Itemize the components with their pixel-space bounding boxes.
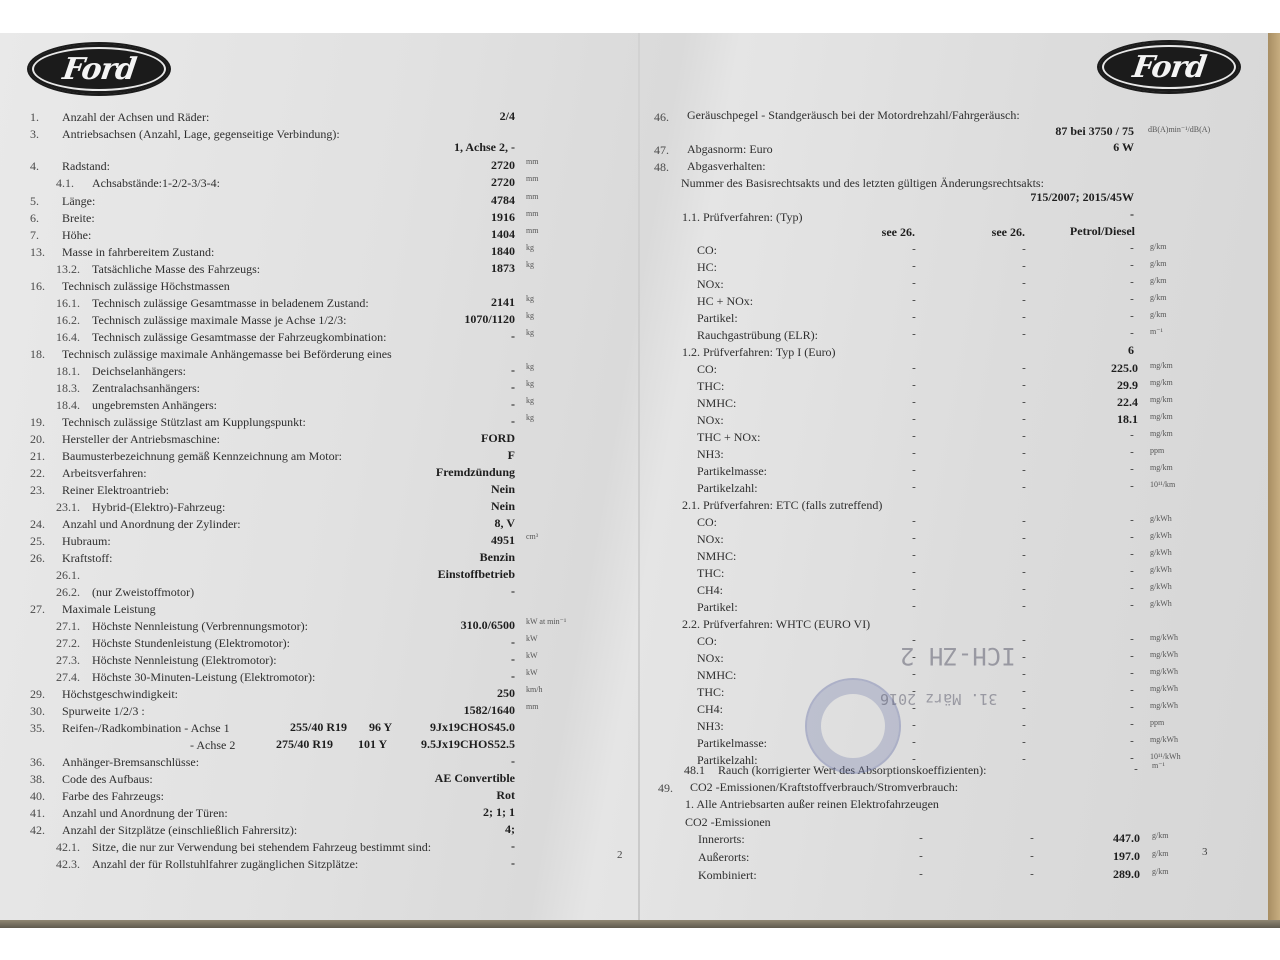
col3-value: 29.9: [1038, 378, 1138, 393]
item-label: Anzahl und Anordnung der Türen:: [62, 806, 228, 821]
emission-label: Partikelmasse:: [697, 464, 767, 479]
item-label: Breite:: [62, 211, 95, 226]
col1-value: -: [909, 532, 919, 544]
emission-label: Partikel:: [697, 311, 738, 326]
col1-value: -: [909, 294, 919, 306]
item-value: 2141: [275, 295, 515, 310]
emission-unit: g/kWh: [1150, 599, 1172, 608]
item-value: -: [275, 754, 515, 769]
emission-unit: g/kWh: [1150, 514, 1172, 523]
item-value: -: [275, 635, 515, 650]
item-label: Anzahl der Achsen und Räder:: [62, 110, 209, 125]
item-value: 2; 1; 1: [275, 805, 515, 820]
col2-value: -: [1019, 413, 1029, 425]
col1-value: -: [916, 850, 926, 862]
col2-value: -: [1027, 850, 1037, 862]
item-value: -: [275, 329, 515, 344]
item-number: 26.1.: [56, 568, 80, 583]
item-value: 1582/1640: [275, 703, 515, 718]
item-number: 42.3.: [56, 857, 80, 872]
item-unit: m⁻¹: [1152, 761, 1165, 770]
item-value: Rot: [275, 788, 515, 803]
emission-unit: g/kWh: [1150, 531, 1172, 540]
item-label: CO2 -Emissionen/Kraftstoffverbrauch/Stro…: [690, 780, 958, 795]
col3-value: -: [1127, 667, 1137, 679]
col2-value: -: [1019, 566, 1029, 578]
item-label: - Achse 2: [190, 738, 235, 753]
item-number: 27.2.: [56, 636, 80, 651]
col3-value: 289.0: [1040, 867, 1140, 882]
item-label: Arbeitsverfahren:: [62, 466, 147, 481]
item-number: 3.: [30, 127, 39, 142]
item-value: Fremdzündung: [275, 465, 515, 480]
column-header: Petrol/Diesel: [1010, 224, 1135, 239]
item-value: -: [275, 584, 515, 599]
item-number: 1.: [30, 110, 39, 125]
ford-logo-left: Ford: [27, 42, 171, 96]
col1-value: -: [909, 362, 919, 374]
item-value: 1, Achse 2, -: [275, 140, 515, 155]
stamp-text-line2: 31. März 2016: [880, 690, 997, 708]
col1-value: -: [909, 549, 919, 561]
emission-unit: g/km: [1150, 242, 1166, 251]
col1-value: -: [909, 260, 919, 272]
item-value: 6 W: [934, 140, 1134, 155]
item-label: (nur Zweistoffmotor): [92, 585, 194, 600]
col2-value: -: [1019, 481, 1029, 493]
item-number: 25.: [30, 534, 45, 549]
col1-value: -: [916, 832, 926, 844]
col1-value: -: [909, 600, 919, 612]
item-value: 8, V: [275, 516, 515, 531]
col3-value: -: [1127, 242, 1137, 254]
emission-unit: ppm: [1150, 446, 1164, 455]
item-value: 9.5Jx19CHOS52.5: [275, 737, 515, 752]
item-label: Länge:: [62, 194, 95, 209]
col2-value: -: [1027, 868, 1037, 880]
emission-label: NMHC:: [697, 668, 736, 683]
item-number: 20.: [30, 432, 45, 447]
item-value: 1916: [275, 210, 515, 225]
page-number-right: 3: [1202, 846, 1208, 858]
item-label: Anzahl und Anordnung der Zylinder:: [62, 517, 241, 532]
item-value: 2720: [275, 158, 515, 173]
col2-value: -: [1019, 260, 1029, 272]
co2-heading: CO2 -Emissionen: [685, 815, 771, 830]
item-value: FORD: [275, 431, 515, 446]
item-number: 5.: [30, 194, 39, 209]
item-value: 1840: [275, 244, 515, 259]
item-value: 1873: [275, 261, 515, 276]
col2-value: -: [1019, 311, 1029, 323]
item-value: AE Convertible: [275, 771, 515, 786]
item-number: 46.: [654, 110, 669, 125]
item-number: 13.2.: [56, 262, 80, 277]
item-number: 16.2.: [56, 313, 80, 328]
item-value: 4;: [275, 822, 515, 837]
col2-value: -: [1019, 362, 1029, 374]
col3-value: -: [1127, 463, 1137, 475]
item-number: 18.: [30, 347, 45, 362]
item-number: 40.: [30, 789, 45, 804]
item-unit: mm: [526, 702, 538, 711]
col2-value: -: [1019, 549, 1029, 561]
item-value: 2720: [275, 175, 515, 190]
item-number: 19.: [30, 415, 45, 430]
section-value: 6: [1034, 343, 1134, 358]
col2-value: -: [1019, 243, 1029, 255]
col3-value: -: [1127, 514, 1137, 526]
col1-value: -: [909, 311, 919, 323]
col3-value: -: [1127, 429, 1137, 441]
item-number: 29.: [30, 687, 45, 702]
emission-unit: mg/kWh: [1150, 667, 1178, 676]
col2-value: -: [1019, 447, 1029, 459]
emission-unit: g/kWh: [1150, 582, 1172, 591]
item-label: Zentralachsanhängers:: [92, 381, 200, 396]
emission-unit: g/kWh: [1150, 565, 1172, 574]
item-label: Technisch zulässige Stützlast am Kupplun…: [62, 415, 306, 430]
item-unit: mm: [526, 226, 538, 235]
col3-value: -: [1127, 735, 1137, 747]
col2-value: -: [1019, 532, 1029, 544]
emission-label: NH3:: [697, 719, 724, 734]
item-value: -: [275, 839, 515, 854]
col3-value: -: [1127, 650, 1137, 662]
emission-label: CH4:: [697, 583, 723, 598]
item-unit: kg: [526, 311, 534, 320]
item-label: ungebremsten Anhängers:: [92, 398, 217, 413]
col1-value: -: [909, 583, 919, 595]
col2-value: -: [1019, 277, 1029, 289]
col2-value: -: [1027, 832, 1037, 844]
item-value: Einstoffbetrieb: [275, 567, 515, 582]
item-label: Kraftstoff:: [62, 551, 112, 566]
item-number: 22.: [30, 466, 45, 481]
emission-unit: mg/km: [1150, 429, 1173, 438]
item-value: Benzin: [275, 550, 515, 565]
item-number: 18.4.: [56, 398, 80, 413]
col3-value: -: [1127, 259, 1137, 271]
col1-value: -: [909, 464, 919, 476]
col3-value: -: [1127, 276, 1137, 288]
col2-value: -: [1019, 583, 1029, 595]
col3-value: 197.0: [1040, 849, 1140, 864]
col2-value: -: [1019, 685, 1029, 697]
col2-value: -: [1019, 600, 1029, 612]
col3-value: -: [1127, 565, 1137, 577]
emission-label: NOx:: [697, 413, 724, 428]
item-value: 250: [275, 686, 515, 701]
item-unit: kg: [526, 396, 534, 405]
page-fold: [638, 33, 640, 925]
col3-value: -: [1127, 310, 1137, 322]
co2-subtitle: 1. Alle Antriebsarten außer reinen Elekt…: [685, 797, 939, 812]
item-label: Masse in fahrbereitem Zustand:: [62, 245, 214, 260]
emission-unit: mg/kWh: [1150, 735, 1178, 744]
item-label: Abgasnorm: Euro: [687, 142, 773, 157]
co2-unit: g/km: [1152, 849, 1168, 858]
col1-value: -: [909, 328, 919, 340]
item-number: 41.: [30, 806, 45, 821]
col1-value: -: [909, 379, 919, 391]
item-number: 6.: [30, 211, 39, 226]
test-type-value: -: [934, 207, 1134, 222]
col1-value: -: [909, 481, 919, 493]
section-title: 1.2. Prüfverfahren: Typ I (Euro): [682, 345, 836, 360]
item-label: Technisch zulässige maximale Anhängemass…: [62, 347, 392, 362]
test-type-label: 1.1. Prüfverfahren: (Typ): [682, 210, 802, 225]
emission-unit: m⁻¹: [1150, 327, 1163, 336]
item-unit: kg: [526, 243, 534, 252]
item-unit: cm³: [526, 532, 538, 541]
col3-value: -: [1127, 684, 1137, 696]
item-value: Nein: [275, 499, 515, 514]
item-value: -: [275, 856, 515, 871]
item-value: -: [275, 397, 515, 412]
emission-label: THC:: [697, 379, 724, 394]
emission-label: Partikelzahl:: [697, 481, 758, 496]
item-unit: kg: [526, 328, 534, 337]
emission-unit: mg/km: [1150, 395, 1173, 404]
item-value: Nein: [275, 482, 515, 497]
item-unit: kg: [526, 294, 534, 303]
emission-label: Rauchgastrübung (ELR):: [697, 328, 818, 343]
col2-value: -: [1019, 719, 1029, 731]
co2-label: Kombiniert:: [698, 868, 757, 883]
item-label: Reifen-/Radkombination - Achse 1: [62, 721, 230, 736]
col2-value: -: [1019, 753, 1029, 765]
item-number: 42.: [30, 823, 45, 838]
item-label: Tatsächliche Masse des Fahrzeugs:: [92, 262, 260, 277]
item-number: 27.1.: [56, 619, 80, 634]
emission-unit: mg/kWh: [1150, 684, 1178, 693]
emission-label: CO:: [697, 515, 717, 530]
col1-value: -: [909, 277, 919, 289]
emission-unit: 10¹¹/kWh: [1150, 752, 1181, 761]
column-header: see 26.: [840, 225, 915, 240]
col3-value: -: [1127, 582, 1137, 594]
item-unit: mm: [526, 174, 538, 183]
item-value: 9Jx19CHOS45.0: [275, 720, 515, 735]
emission-unit: mg/km: [1150, 378, 1173, 387]
item-value: F: [275, 448, 515, 463]
table-surface: [1268, 33, 1280, 928]
item-value: 4784: [275, 193, 515, 208]
emission-label: NMHC:: [697, 549, 736, 564]
item-number: 23.1.: [56, 500, 80, 515]
emission-unit: g/km: [1150, 310, 1166, 319]
col2-value: -: [1019, 702, 1029, 714]
col2-value: -: [1019, 515, 1029, 527]
item-value: 310.0/6500: [275, 618, 515, 633]
item-value: 1404: [275, 227, 515, 242]
item-label: Deichselanhängers:: [92, 364, 186, 379]
emission-label: CO:: [697, 362, 717, 377]
item-value: 4951: [275, 533, 515, 548]
item-label: Hersteller der Antriebsmaschine:: [62, 432, 220, 447]
item-number: 16.: [30, 279, 45, 294]
ford-logo-right: Ford: [1097, 40, 1241, 94]
item-label: Höhe:: [62, 228, 91, 243]
col3-value: -: [1127, 531, 1137, 543]
item-number: 4.: [30, 159, 39, 174]
item-unit: kW: [526, 668, 538, 677]
item-number: 49.: [658, 781, 673, 796]
item-value: -: [1131, 763, 1141, 775]
item-unit: mm: [526, 209, 538, 218]
col2-value: -: [1019, 430, 1029, 442]
item-number: 21.: [30, 449, 45, 464]
item-number: 42.1.: [56, 840, 80, 855]
emission-unit: g/km: [1150, 276, 1166, 285]
item-label: Radstand:: [62, 159, 110, 174]
col1-value: -: [909, 515, 919, 527]
col1-value: -: [909, 719, 919, 731]
col3-value: -: [1127, 480, 1137, 492]
item-label: Farbe des Fahrzeugs:: [62, 789, 164, 804]
legal-act-label: Nummer des Basisrechtsakts und des letzt…: [681, 176, 1044, 191]
item-value: 1070/1120: [275, 312, 515, 327]
col1-value: -: [909, 430, 919, 442]
item-number: 48.1: [684, 763, 705, 778]
emission-unit: g/km: [1150, 259, 1166, 268]
item-value: -: [275, 414, 515, 429]
paper-edge-shadow: [0, 920, 1280, 928]
col1-value: -: [909, 447, 919, 459]
item-number: 27.4.: [56, 670, 80, 685]
item-unit: kg: [526, 379, 534, 388]
item-unit: mm: [526, 157, 538, 166]
col2-value: -: [1019, 651, 1029, 663]
co2-label: Außerorts:: [698, 850, 749, 865]
item-label: Hubraum:: [62, 534, 111, 549]
emission-unit: g/kWh: [1150, 548, 1172, 557]
item-label: Reiner Elektroantrieb:: [62, 483, 169, 498]
col3-value: 447.0: [1040, 831, 1140, 846]
item-unit: kg: [526, 362, 534, 371]
item-label: Höchste Nennleistung (Elektromotor):: [92, 653, 277, 668]
item-value: -: [275, 380, 515, 395]
col1-value: -: [909, 566, 919, 578]
item-number: 16.4.: [56, 330, 80, 345]
item-unit: kW at min⁻¹: [526, 617, 566, 626]
emission-label: CH4:: [697, 702, 723, 717]
item-unit: kg: [526, 260, 534, 269]
col2-value: -: [1019, 736, 1029, 748]
emission-unit: mg/km: [1150, 412, 1173, 421]
item-label: Maximale Leistung: [62, 602, 156, 617]
item-number: 16.1.: [56, 296, 80, 311]
item-label: Achsabstände:1-2/2-3/3-4:: [92, 176, 220, 191]
col2-value: -: [1019, 294, 1029, 306]
col1-value: -: [909, 396, 919, 408]
co2-label: Innerorts:: [698, 832, 745, 847]
col3-value: -: [1127, 327, 1137, 339]
item-value: -: [275, 669, 515, 684]
col1-value: -: [909, 413, 919, 425]
col3-value: 18.1: [1038, 412, 1138, 427]
item-value: -: [275, 363, 515, 378]
emission-unit: g/km: [1150, 293, 1166, 302]
item-unit: kW: [526, 634, 538, 643]
col3-value: 225.0: [1038, 361, 1138, 376]
col3-value: -: [1127, 718, 1137, 730]
item-number: 47.: [654, 143, 669, 158]
col2-value: -: [1019, 464, 1029, 476]
item-number: 48.: [654, 160, 669, 175]
emission-label: NMHC:: [697, 396, 736, 411]
col2-value: -: [1019, 328, 1029, 340]
item-number: 27.3.: [56, 653, 80, 668]
legal-act-value: 715/2007; 2015/45W: [934, 190, 1134, 205]
col2-value: -: [1019, 396, 1029, 408]
item-label: Code des Aufbaus:: [62, 772, 153, 787]
emission-unit: 10¹¹/km: [1150, 480, 1175, 489]
item-number: 18.3.: [56, 381, 80, 396]
co2-unit: g/km: [1152, 831, 1168, 840]
item-number: 35.: [30, 721, 45, 736]
item-unit: dB(A)min⁻¹/dB(A): [1148, 125, 1210, 134]
item-unit: km/h: [526, 685, 542, 694]
emission-unit: mg/kWh: [1150, 633, 1178, 642]
item-label: Hybrid-(Elektro)-Fahrzeug:: [92, 500, 225, 515]
item-number: 30.: [30, 704, 45, 719]
item-label: Geräuschpegel - Standgeräusch bei der Mo…: [687, 108, 1020, 123]
item-unit: kg: [526, 413, 534, 422]
col3-value: -: [1127, 548, 1137, 560]
emission-label: CO:: [697, 243, 717, 258]
col1-value: -: [909, 736, 919, 748]
col3-value: -: [1127, 701, 1137, 713]
item-number: 23.: [30, 483, 45, 498]
ford-logo-text: Ford: [1130, 50, 1207, 85]
item-unit: mm: [526, 192, 538, 201]
item-number: 27.: [30, 602, 45, 617]
item-label: Technisch zulässige Höchstmassen: [62, 279, 230, 294]
item-value: 2/4: [275, 109, 515, 124]
item-number: 7.: [30, 228, 39, 243]
item-value: -: [275, 652, 515, 667]
emission-label: HC:: [697, 260, 717, 275]
co2-unit: g/km: [1152, 867, 1168, 876]
item-label: Anhänger-Bremsanschlüsse:: [62, 755, 199, 770]
item-number: 38.: [30, 772, 45, 787]
emission-unit: mg/kWh: [1150, 650, 1178, 659]
item-number: 26.2.: [56, 585, 80, 600]
item-number: 36.: [30, 755, 45, 770]
emission-label: THC:: [697, 685, 724, 700]
col2-value: -: [1019, 634, 1029, 646]
item-label: Spurweite 1/2/3 :: [62, 704, 145, 719]
col1-value: -: [909, 243, 919, 255]
section-title: 2.1. Prüfverfahren: ETC (falls zutreffen…: [682, 498, 882, 513]
item-number: 24.: [30, 517, 45, 532]
emission-label: Partikel:: [697, 600, 738, 615]
emission-label: NOx:: [697, 277, 724, 292]
item-number: 4.1.: [56, 176, 74, 191]
col3-value: 22.4: [1038, 395, 1138, 410]
emission-unit: ppm: [1150, 718, 1164, 727]
item-unit: kW: [526, 651, 538, 660]
emission-label: NH3:: [697, 447, 724, 462]
item-number: 26.: [30, 551, 45, 566]
emission-label: THC:: [697, 566, 724, 581]
emission-unit: mg/kWh: [1150, 701, 1178, 710]
col3-value: -: [1127, 446, 1137, 458]
col3-value: -: [1127, 599, 1137, 611]
stamp-text-line1: ICH-ZH 2: [900, 642, 1016, 670]
